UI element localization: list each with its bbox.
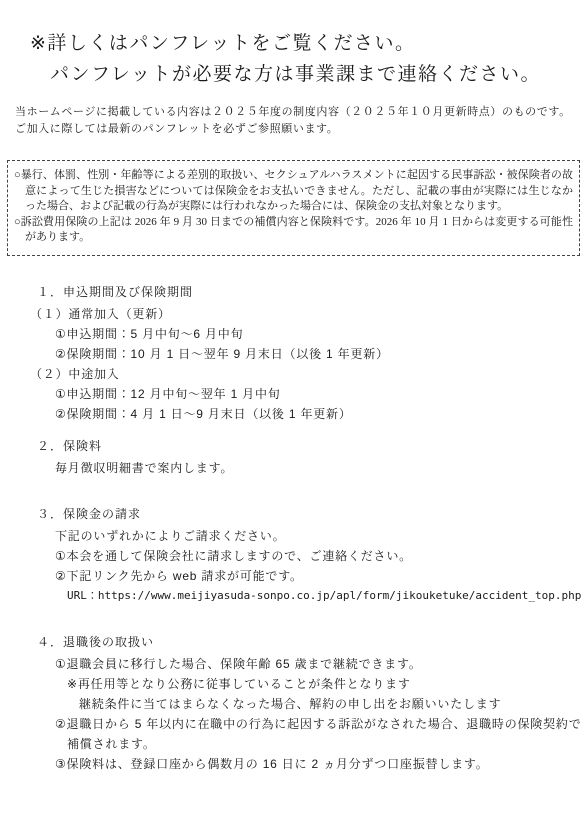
section-1-line: ②保険期間：10 月 1 日～翌年 9 月末日（以後 1 年更新） bbox=[55, 344, 587, 364]
sections: １．申込期間及び保険期間 （１）通常加入（更新） ①申込期間：5 月中旬～6 月… bbox=[0, 282, 587, 774]
section-3-url: URL：https://www.meijiyasuda-sonpo.co.jp/… bbox=[67, 586, 587, 606]
section-1-line: ②保険期間：4 月 1 日～9 月末日（以後 1 年更新） bbox=[55, 404, 587, 424]
section-4-heading: ４．退職後の取扱い bbox=[37, 632, 587, 652]
section-1-line: （１）通常加入（更新） bbox=[30, 304, 587, 324]
section-4-line: ※再任用等となり公務に従事していることが条件となります bbox=[67, 674, 587, 694]
header-notice: ※詳しくはパンフレットをご覧ください。 パンフレットが必要な方は事業課まで連絡く… bbox=[30, 33, 587, 86]
caution-item-exclusions: ○暴行、体罰、性別・年齢等による差別的取扱い、セクシュアルハラスメントに起因する… bbox=[14, 168, 573, 215]
intro-note-line2: ご加入に際しては最新のパンフレットを必ずご参照願います。 bbox=[15, 121, 577, 138]
caution-box: ○暴行、体罰、性別・年齢等による差別的取扱い、セクシュアルハラスメントに起因する… bbox=[7, 160, 580, 256]
section-4-line: 継続条件に当てはまらなくなった場合、解約の申し出をお願いいたします bbox=[79, 694, 587, 714]
document-page: ※詳しくはパンフレットをご覧ください。 パンフレットが必要な方は事業課まで連絡く… bbox=[0, 0, 587, 834]
section-4-line: 補償されます。 bbox=[67, 734, 587, 754]
intro-note: 当ホームページに掲載している内容は２０２５年度の制度内容（２０２５年１０月更新時… bbox=[15, 104, 577, 138]
header-notice-line2: パンフレットが必要な方は事業課まで連絡ください。 bbox=[50, 64, 587, 86]
section-4-line: ②退職日から 5 年以内に在職中の行為に起因する訴訟がなされた場合、退職時の保険… bbox=[55, 714, 587, 734]
section-1-heading: １．申込期間及び保険期間 bbox=[37, 282, 587, 302]
section-2-line: 毎月徴収明細書で案内します。 bbox=[55, 458, 587, 478]
section-1-line: （２）中途加入 bbox=[30, 364, 587, 384]
section-3-line: ①本会を通して保険会社に請求しますので、ご連絡ください。 bbox=[55, 546, 587, 566]
caution-item-litigation-cost: ○訴訟費用保険の上記は 2026 年 9 月 30 日までの補償内容と保険料です… bbox=[14, 215, 573, 246]
section-1-line: ①申込期間：5 月中旬～6 月中旬 bbox=[55, 324, 587, 344]
section-3-line: 下記のいずれかによりご請求ください。 bbox=[55, 526, 587, 546]
section-3-heading: ３．保険金の請求 bbox=[37, 504, 587, 524]
section-1-line: ①申込期間：12 月中旬～翌年 1 月中旬 bbox=[55, 384, 587, 404]
section-4-line: ③保険料は、登録口座から偶数月の 16 日に 2 ヵ月分ずつ口座振替します。 bbox=[55, 754, 587, 774]
section-2-heading: ２．保険料 bbox=[37, 436, 587, 456]
header-notice-line1: ※詳しくはパンフレットをご覧ください。 bbox=[30, 33, 587, 55]
section-4-line: ①退職会員に移行した場合、保険年齢 65 歳まで継続できます。 bbox=[55, 654, 587, 674]
section-3-line: ②下記リンク先から web 請求が可能です。 bbox=[55, 566, 587, 586]
intro-note-line1: 当ホームページに掲載している内容は２０２５年度の制度内容（２０２５年１０月更新時… bbox=[15, 104, 577, 121]
